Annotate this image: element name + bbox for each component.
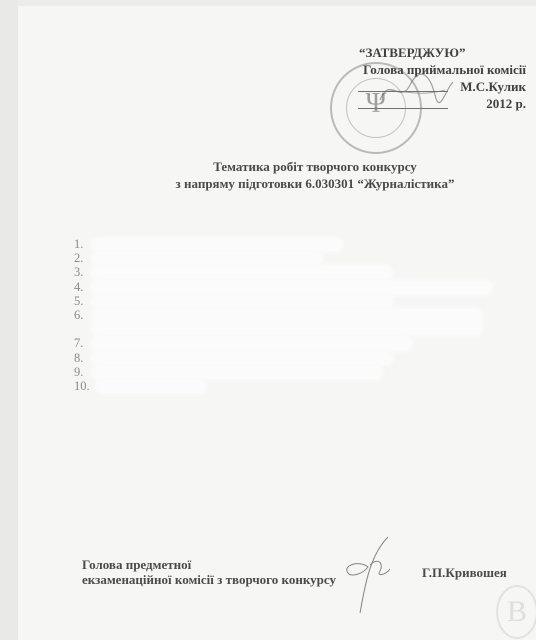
approval-name: М.С.Кулик	[330, 78, 536, 95]
item-number: 10.	[74, 379, 90, 393]
redaction	[92, 366, 382, 379]
list-item: 6.	[74, 308, 494, 336]
list-item: 2.	[74, 251, 494, 265]
approval-year: 2012 р.	[330, 95, 536, 112]
redaction	[92, 337, 412, 350]
list-item: 3.	[74, 265, 494, 279]
redaction	[92, 352, 392, 365]
footer-position: Голова предметної екзаменаційної комісії…	[82, 557, 336, 587]
footer-line-1: Голова предметної	[82, 557, 336, 572]
title-line-2: з напряму підготовки 6.030301 “Журналіст…	[150, 175, 480, 192]
list-item: 10.	[74, 379, 494, 393]
document-title: Тематика робіт творчого конкурсу з напря…	[150, 158, 480, 192]
watermark-logo: В	[496, 585, 536, 639]
footer-line-2: екзаменаційної комісії з творчого конкур…	[82, 572, 336, 587]
redaction	[92, 252, 322, 265]
redaction	[92, 295, 392, 308]
redaction	[92, 309, 482, 335]
footer-name: Г.П.Кривошея	[422, 565, 507, 581]
item-number: 4.	[74, 280, 83, 294]
scan-edge	[0, 0, 18, 640]
item-number: 7.	[74, 336, 83, 350]
list-item: 7.	[74, 336, 494, 350]
item-number: 6.	[74, 308, 83, 322]
chair-signature	[340, 535, 400, 615]
redaction	[96, 380, 206, 393]
list-item: 8.	[74, 351, 494, 365]
redaction	[92, 281, 492, 294]
topics-list: 1. 2. 3. 4. 5. 6. 7. 8. 9. 10.	[74, 237, 494, 393]
list-item: 5.	[74, 294, 494, 308]
title-line-1: Тематика робіт творчого конкурсу	[150, 158, 480, 175]
approval-position: Голова приймальної комісії	[330, 61, 536, 78]
item-number: 2.	[74, 251, 83, 265]
redaction	[92, 238, 342, 251]
list-item: 9.	[74, 365, 494, 379]
item-number: 8.	[74, 351, 83, 365]
approval-title: “ЗАТВЕРДЖУЮ”	[359, 44, 536, 61]
list-item: 4.	[74, 280, 494, 294]
approval-block: “ЗАТВЕРДЖУЮ” Голова приймальної комісії …	[330, 44, 536, 112]
list-item: 1.	[74, 237, 494, 251]
item-number: 9.	[74, 365, 83, 379]
item-number: 5.	[74, 294, 83, 308]
redaction	[92, 266, 392, 279]
item-number: 3.	[74, 265, 83, 279]
item-number: 1.	[74, 237, 83, 251]
